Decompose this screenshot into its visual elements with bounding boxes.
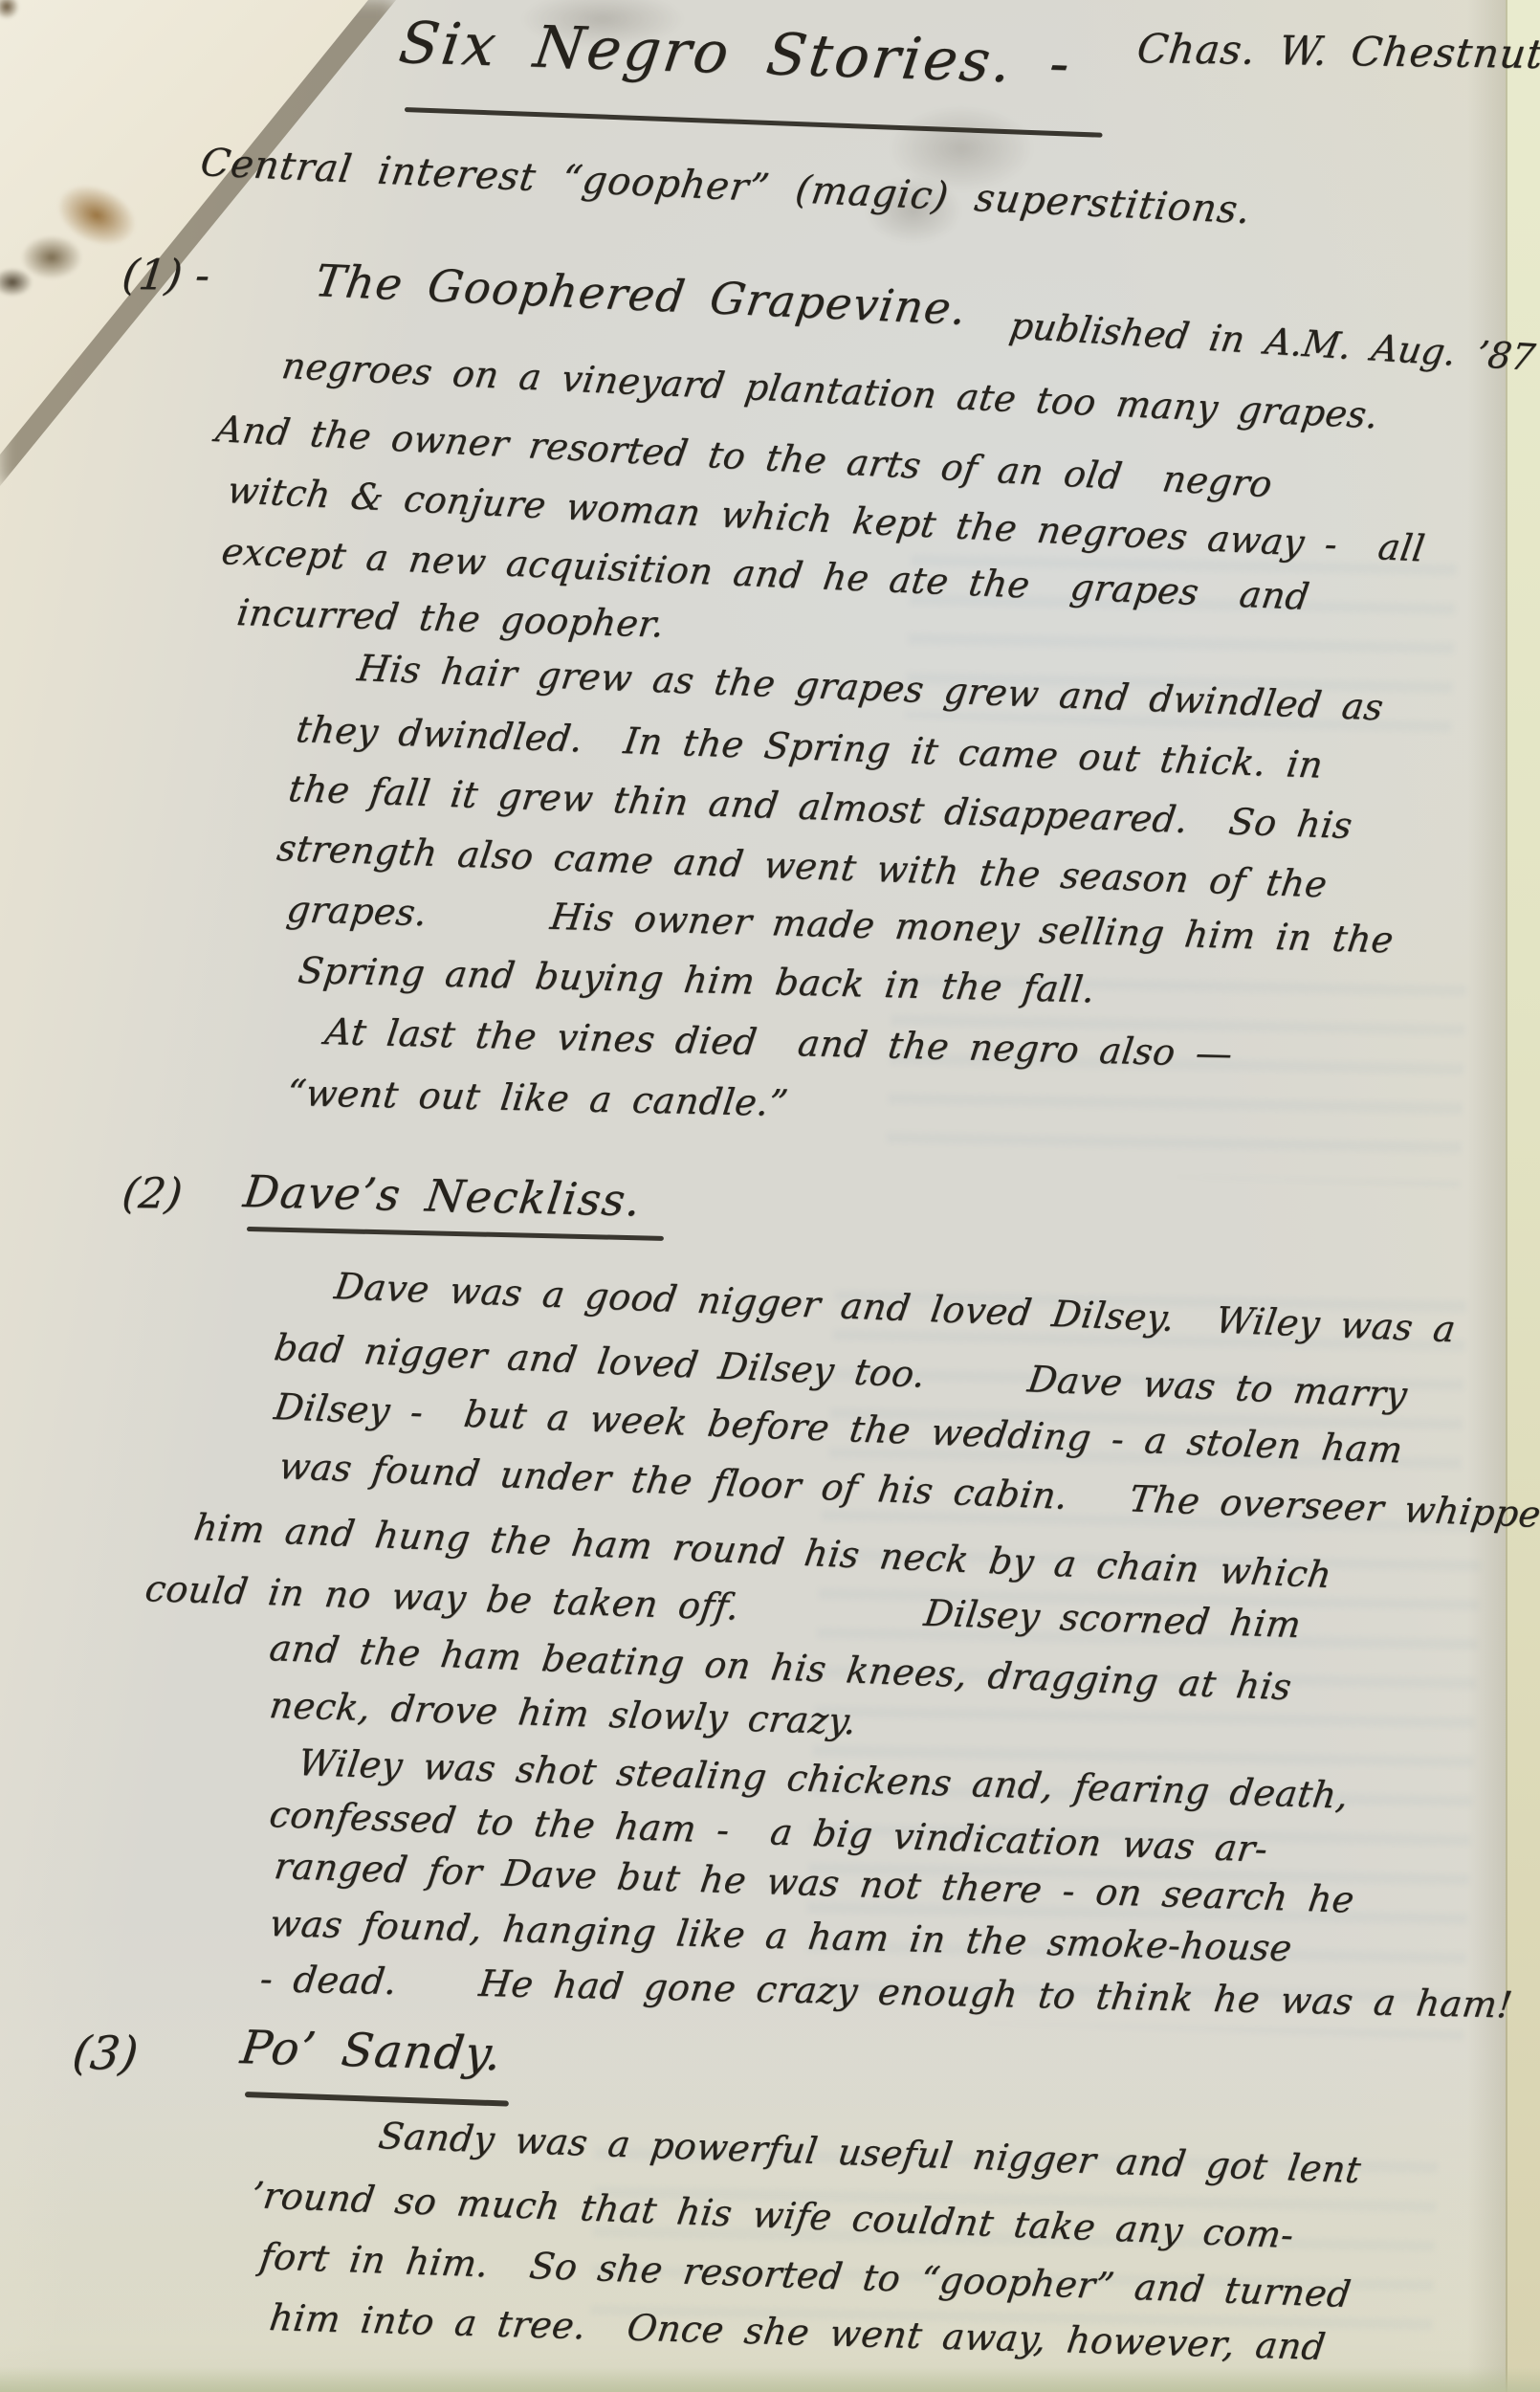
manuscript-line: “went out like a candle.” (284, 1074, 790, 1124)
stain (21, 235, 82, 279)
section-1-title: The Goophered Grapevine. (312, 256, 971, 333)
subtitle-line: Central interest “goopher” (magic) super… (198, 142, 1254, 232)
author-name: Chas. W. Chestnutt (1134, 27, 1540, 77)
publication-note: published in A.M. Aug. ’87 (1007, 306, 1538, 378)
manuscript-line: incurred the goopher. (234, 593, 667, 645)
page-bottom-edge (0, 2367, 1540, 2392)
section-3-underline (245, 2092, 509, 2107)
section-2-number: (2) (120, 1171, 185, 1218)
section-2-underline (247, 1227, 664, 1241)
section-3-title: Po’ Sandy. (238, 2023, 506, 2080)
manuscript-page: Six Negro Stories. - Chas. W. Chestnutt … (0, 0, 1540, 2392)
manuscript-line: neck, drove him slowly crazy. (267, 1686, 859, 1742)
section-1-number: (1) - (120, 253, 212, 299)
page-title: Six Negro Stories. - (395, 11, 1076, 96)
section-3-number: (3) (70, 2028, 141, 2079)
section-2-title: Dave’s Neckliss. (241, 1167, 645, 1225)
